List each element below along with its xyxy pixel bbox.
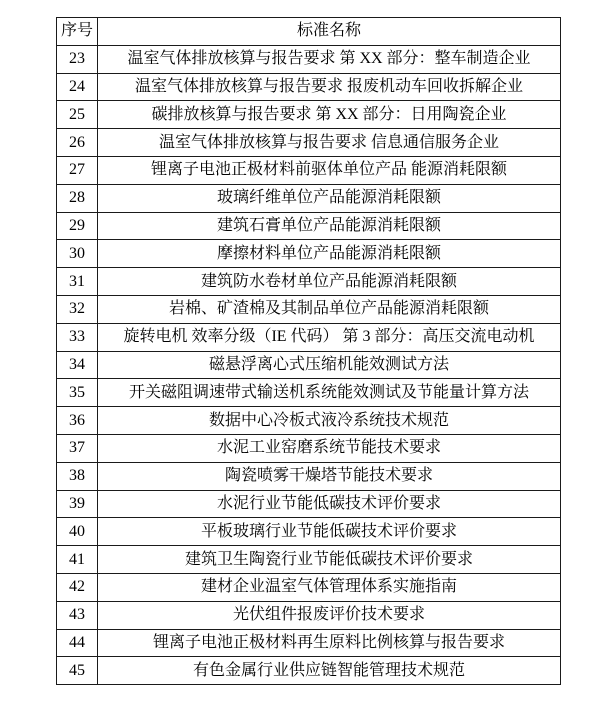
standard-name-cell: 开关磁阻调速带式输送机系统能效测试及节能量计算方法 [98,379,561,407]
serial-cell: 26 [57,129,98,157]
table-row: 32岩棉、矿渣棉及其制品单位产品能源消耗限额 [57,295,561,323]
standard-name-cell: 建筑防水卷材单位产品能源消耗限额 [98,268,561,296]
serial-cell: 27 [57,156,98,184]
serial-cell: 43 [57,601,98,629]
standard-name-cell: 有色金属行业供应链智能管理技术规范 [98,657,561,685]
serial-cell: 30 [57,240,98,268]
table-row: 38陶瓷喷雾干燥塔节能技术要求 [57,462,561,490]
table-row: 30摩擦材料单位产品能源消耗限额 [57,240,561,268]
standard-name-cell: 锂离子电池正极材料前驱体单位产品 能源消耗限额 [98,156,561,184]
serial-cell: 35 [57,379,98,407]
table-row: 34磁悬浮离心式压缩机能效测试方法 [57,351,561,379]
serial-cell: 39 [57,490,98,518]
table-row: 35开关磁阻调速带式输送机系统能效测试及节能量计算方法 [57,379,561,407]
standard-name-cell: 温室气体排放核算与报告要求 报废机动车回收拆解企业 [98,73,561,101]
standard-name-cell: 温室气体排放核算与报告要求 信息通信服务企业 [98,129,561,157]
standard-name-cell: 摩擦材料单位产品能源消耗限额 [98,240,561,268]
standard-name-cell: 水泥工业窑磨系统节能技术要求 [98,434,561,462]
standard-name-cell: 磁悬浮离心式压缩机能效测试方法 [98,351,561,379]
column-header-serial: 序号 [57,18,98,46]
table-row: 28玻璃纤维单位产品能源消耗限额 [57,184,561,212]
serial-cell: 38 [57,462,98,490]
table-row: 24温室气体排放核算与报告要求 报废机动车回收拆解企业 [57,73,561,101]
column-header-name: 标准名称 [98,18,561,46]
serial-cell: 36 [57,407,98,435]
standard-name-cell: 平板玻璃行业节能低碳技术评价要求 [98,518,561,546]
serial-cell: 37 [57,434,98,462]
standard-name-cell: 建筑石膏单位产品能源消耗限额 [98,212,561,240]
serial-cell: 41 [57,546,98,574]
standard-name-cell: 温室气体排放核算与报告要求 第 XX 部分：整车制造企业 [98,45,561,73]
serial-cell: 45 [57,657,98,685]
serial-cell: 24 [57,73,98,101]
serial-cell: 23 [57,45,98,73]
table-row: 25碳排放核算与报告要求 第 XX 部分：日用陶瓷企业 [57,101,561,129]
table-row: 23温室气体排放核算与报告要求 第 XX 部分：整车制造企业 [57,45,561,73]
standard-name-cell: 玻璃纤维单位产品能源消耗限额 [98,184,561,212]
table-row: 33旋转电机 效率分级（IE 代码） 第 3 部分：高压交流电动机 [57,323,561,351]
table-row: 40平板玻璃行业节能低碳技术评价要求 [57,518,561,546]
table-row: 37水泥工业窑磨系统节能技术要求 [57,434,561,462]
serial-cell: 31 [57,268,98,296]
table-row: 36数据中心冷板式液冷系统技术规范 [57,407,561,435]
standard-name-cell: 岩棉、矿渣棉及其制品单位产品能源消耗限额 [98,295,561,323]
serial-cell: 29 [57,212,98,240]
table-row: 41建筑卫生陶瓷行业节能低碳技术评价要求 [57,546,561,574]
table-row: 26温室气体排放核算与报告要求 信息通信服务企业 [57,129,561,157]
table-row: 39水泥行业节能低碳技术评价要求 [57,490,561,518]
serial-cell: 34 [57,351,98,379]
table-row: 31建筑防水卷材单位产品能源消耗限额 [57,268,561,296]
serial-cell: 28 [57,184,98,212]
header-row: 序号 标准名称 [57,18,561,46]
standard-name-cell: 建材企业温室气体管理体系实施指南 [98,573,561,601]
table-row: 42建材企业温室气体管理体系实施指南 [57,573,561,601]
table-row: 45有色金属行业供应链智能管理技术规范 [57,657,561,685]
standard-name-cell: 碳排放核算与报告要求 第 XX 部分：日用陶瓷企业 [98,101,561,129]
serial-cell: 42 [57,573,98,601]
standard-name-cell: 陶瓷喷雾干燥塔节能技术要求 [98,462,561,490]
standard-name-cell: 锂离子电池正极材料再生原料比例核算与报告要求 [98,629,561,657]
table-row: 43光伏组件报废评价技术要求 [57,601,561,629]
serial-cell: 32 [57,295,98,323]
standards-table: 序号 标准名称 23温室气体排放核算与报告要求 第 XX 部分：整车制造企业 2… [56,17,561,685]
standard-name-cell: 数据中心冷板式液冷系统技术规范 [98,407,561,435]
serial-cell: 25 [57,101,98,129]
table-row: 29建筑石膏单位产品能源消耗限额 [57,212,561,240]
standard-name-cell: 光伏组件报废评价技术要求 [98,601,561,629]
table-body: 23温室气体排放核算与报告要求 第 XX 部分：整车制造企业 24温室气体排放核… [57,45,561,684]
serial-cell: 44 [57,629,98,657]
table-row: 27锂离子电池正极材料前驱体单位产品 能源消耗限额 [57,156,561,184]
serial-cell: 40 [57,518,98,546]
standard-name-cell: 水泥行业节能低碳技术评价要求 [98,490,561,518]
standard-name-cell: 旋转电机 效率分级（IE 代码） 第 3 部分：高压交流电动机 [98,323,561,351]
standard-name-cell: 建筑卫生陶瓷行业节能低碳技术评价要求 [98,546,561,574]
serial-cell: 33 [57,323,98,351]
table-row: 44锂离子电池正极材料再生原料比例核算与报告要求 [57,629,561,657]
